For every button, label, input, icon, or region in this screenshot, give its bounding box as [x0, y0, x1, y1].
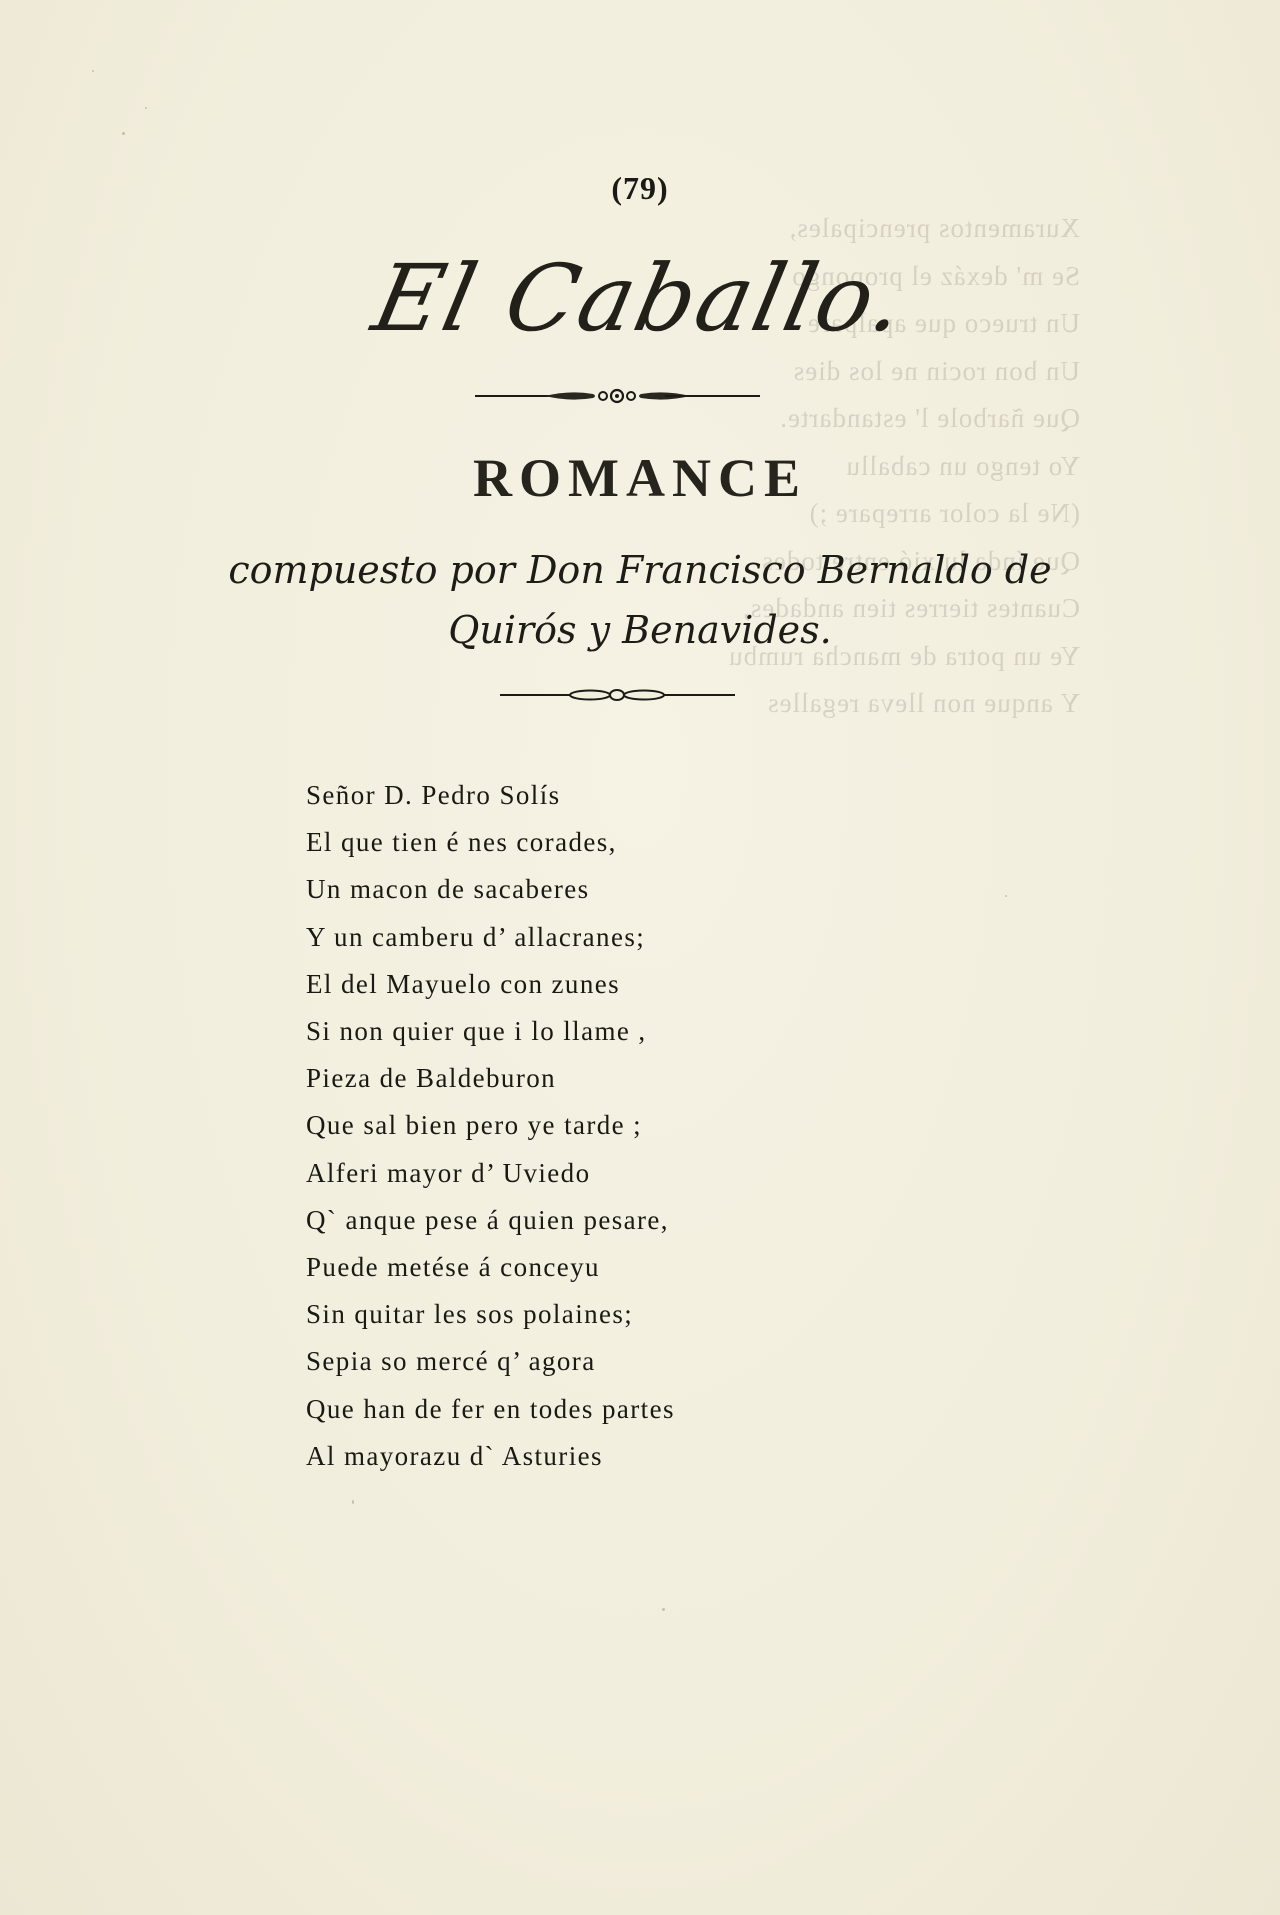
- paper-speck: [122, 132, 125, 135]
- paper-speck: [92, 70, 94, 72]
- byline-line-2: Quirós y Benavides.: [0, 600, 1280, 660]
- verse-line: El del Mayuelo con zunes: [306, 961, 675, 1008]
- page-number: (79): [0, 170, 1280, 207]
- ornament-divider-icon: [500, 687, 735, 703]
- paper-speck: [352, 1500, 354, 1504]
- verse-line: Y un camberu d’ allacranes;: [306, 914, 675, 961]
- verse-block: Señor D. Pedro Solís El que tien é nes c…: [306, 772, 675, 1480]
- verse-line: Al mayorazu d` Asturies: [306, 1433, 675, 1480]
- paper-speck: [145, 107, 147, 109]
- verse-line: Que han de fer en todes partes: [306, 1386, 675, 1433]
- section-heading: ROMANCE: [0, 447, 1280, 509]
- verse-line: El que tien é nes corades,: [306, 819, 675, 866]
- verse-line: Sin quitar les sos polaines;: [306, 1291, 675, 1338]
- scanned-page: Xuramentos prencipales, Se m' dexáz el p…: [0, 0, 1280, 1915]
- byline-line-1: compuesto por Don Francisco Bernaldo de: [0, 540, 1280, 600]
- paper-speck: [1005, 895, 1007, 897]
- verse-line: Sepia so mercé q’ agora: [306, 1338, 675, 1385]
- verse-line: Señor D. Pedro Solís: [306, 772, 675, 819]
- page-title: El Caballo.: [0, 245, 1280, 352]
- verse-line: Pieza de Baldeburon: [306, 1055, 675, 1102]
- verse-line: Si non quier que i lo llame ,: [306, 1008, 675, 1055]
- verse-line: Un macon de sacaberes: [306, 866, 675, 913]
- verse-line: Q` anque pese á quien pesare,: [306, 1197, 675, 1244]
- ornament-divider-icon: [475, 386, 760, 406]
- paper-speck: [662, 1608, 665, 1611]
- verse-line: Que sal bien pero ye tarde ;: [306, 1102, 675, 1149]
- byline: compuesto por Don Francisco Bernaldo de …: [0, 540, 1280, 660]
- verse-line: Alferi mayor d’ Uviedo: [306, 1150, 675, 1197]
- verse-line: Puede metése á conceyu: [306, 1244, 675, 1291]
